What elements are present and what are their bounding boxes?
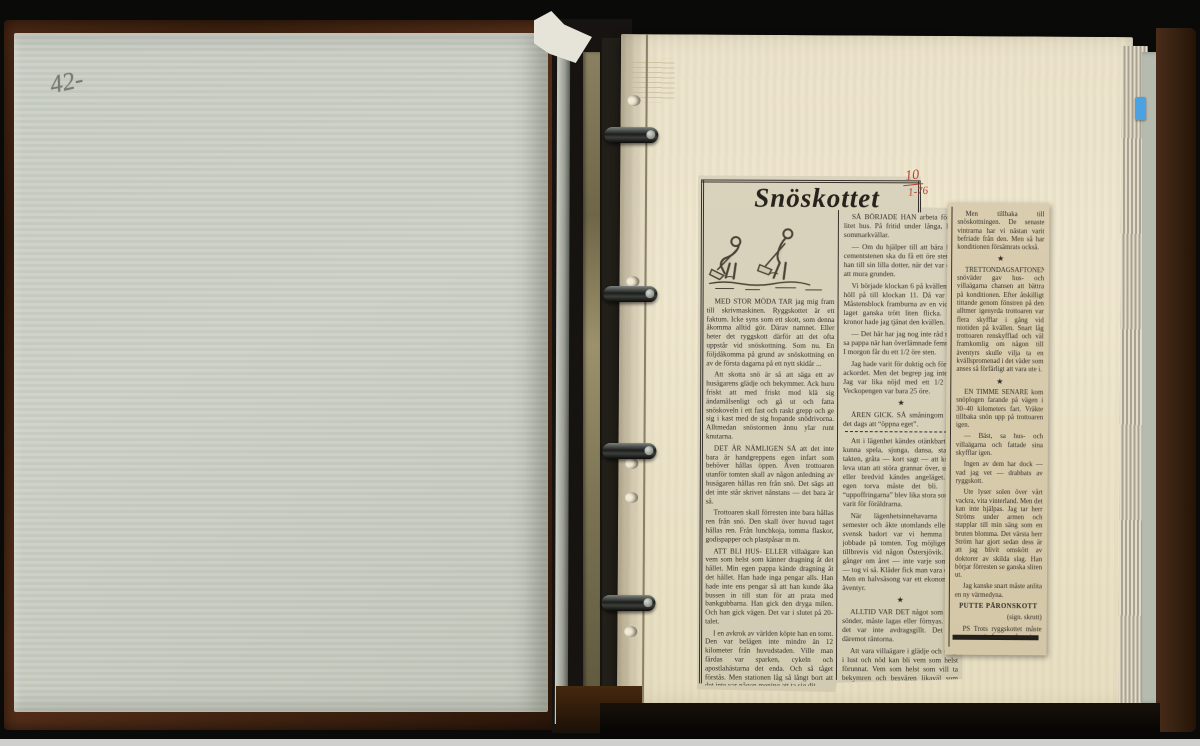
binder-ring [601,595,655,611]
spine-glue-strip [583,52,600,704]
snow-shovelers-illustration [706,219,834,294]
strip-border-left [948,207,952,647]
handwritten-date-note: 10 1-76 [901,166,928,199]
newspaper-clipping-main: Snöskottet MED ST [696,175,966,692]
strip-bottom-rule [953,635,1039,641]
page-edge-strip [555,36,570,724]
album-left-page: 42- [14,33,548,712]
punch-hole [625,492,638,503]
column-divider-rule [836,210,839,680]
page-number-note: 42- [47,66,85,100]
scanned-album-spread: 42- Snöskottet [0,0,1200,746]
binder-cover-right [1156,28,1196,732]
blue-bookmark-tab [1135,97,1146,120]
clipping-headline: Snöskottet [716,182,918,214]
date-note-month-year: 1-76 [908,186,929,199]
newspaper-clipping-strip: Men tillbaka till snöskottningen. De sen… [944,203,1049,656]
date-note-day: 10 [902,168,924,186]
punch-hole [628,95,641,106]
clipping-column-left: MED STOR MÖDA TAR jag mig fram till skri… [705,297,835,686]
binder-ring [603,286,657,302]
binder-ring [604,127,658,143]
scanner-edge-bar [0,739,1200,746]
binder-ring [602,443,656,459]
clipping-column-right: Men tillbaka till snöskottningen. De sen… [955,211,1045,636]
punch-hole [624,626,637,637]
punch-hole [625,458,638,469]
clipping-border-left [699,179,704,683]
clipping-column-middle: SÅ BÖRJADE HAN arbeta för ett litet hus.… [842,212,960,685]
page-bottom-shadow [600,703,1160,743]
